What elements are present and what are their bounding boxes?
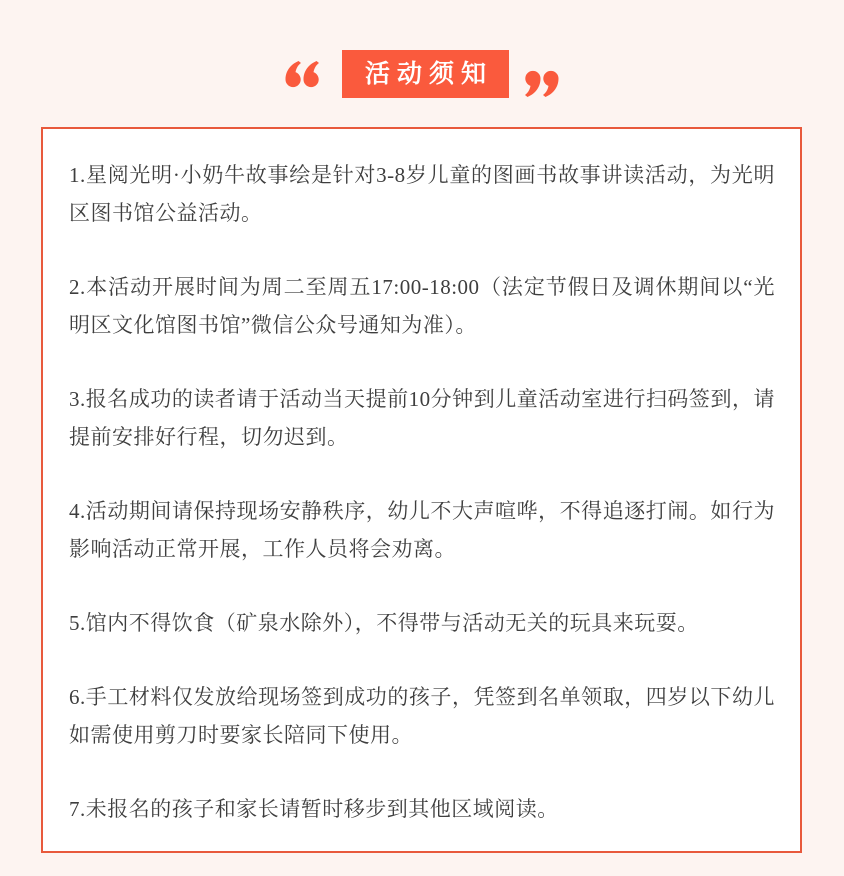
notice-item-6: 6.手工材料仅发放给现场签到成功的孩子，凭签到名单领取，四岁以下幼儿如需使用剪刀… (69, 678, 775, 754)
notice-item-5: 5.馆内不得饮食（矿泉水除外），不得带与活动无关的玩具来玩耍。 (69, 604, 775, 642)
notice-item-7: 7.未报名的孩子和家长请暂时移步到其他区域阅读。 (69, 790, 775, 828)
notice-header: 活动须知 (0, 0, 844, 98)
notice-item-3: 3.报名成功的读者请于活动当天提前10分钟到儿童活动室进行扫码签到，请提前安排好… (69, 380, 775, 456)
notice-box: 1.星阅光明·小奶牛故事绘是针对3-8岁儿童的图画书故事讲读活动，为光明区图书馆… (41, 127, 802, 853)
notice-item-2: 2.本活动开展时间为周二至周五17:00-18:00（法定节假日及调休期间以“光… (69, 268, 775, 344)
close-quote-icon (525, 67, 559, 97)
notice-item-4: 4.活动期间请保持现场安静秩序，幼儿不大声喧哗，不得追逐打闹。如行为影响活动正常… (69, 492, 775, 568)
notice-item-1: 1.星阅光明·小奶牛故事绘是针对3-8岁儿童的图画书故事讲读活动，为光明区图书馆… (69, 156, 775, 232)
open-quote-icon (285, 61, 319, 91)
page-title: 活动须知 (342, 50, 509, 98)
